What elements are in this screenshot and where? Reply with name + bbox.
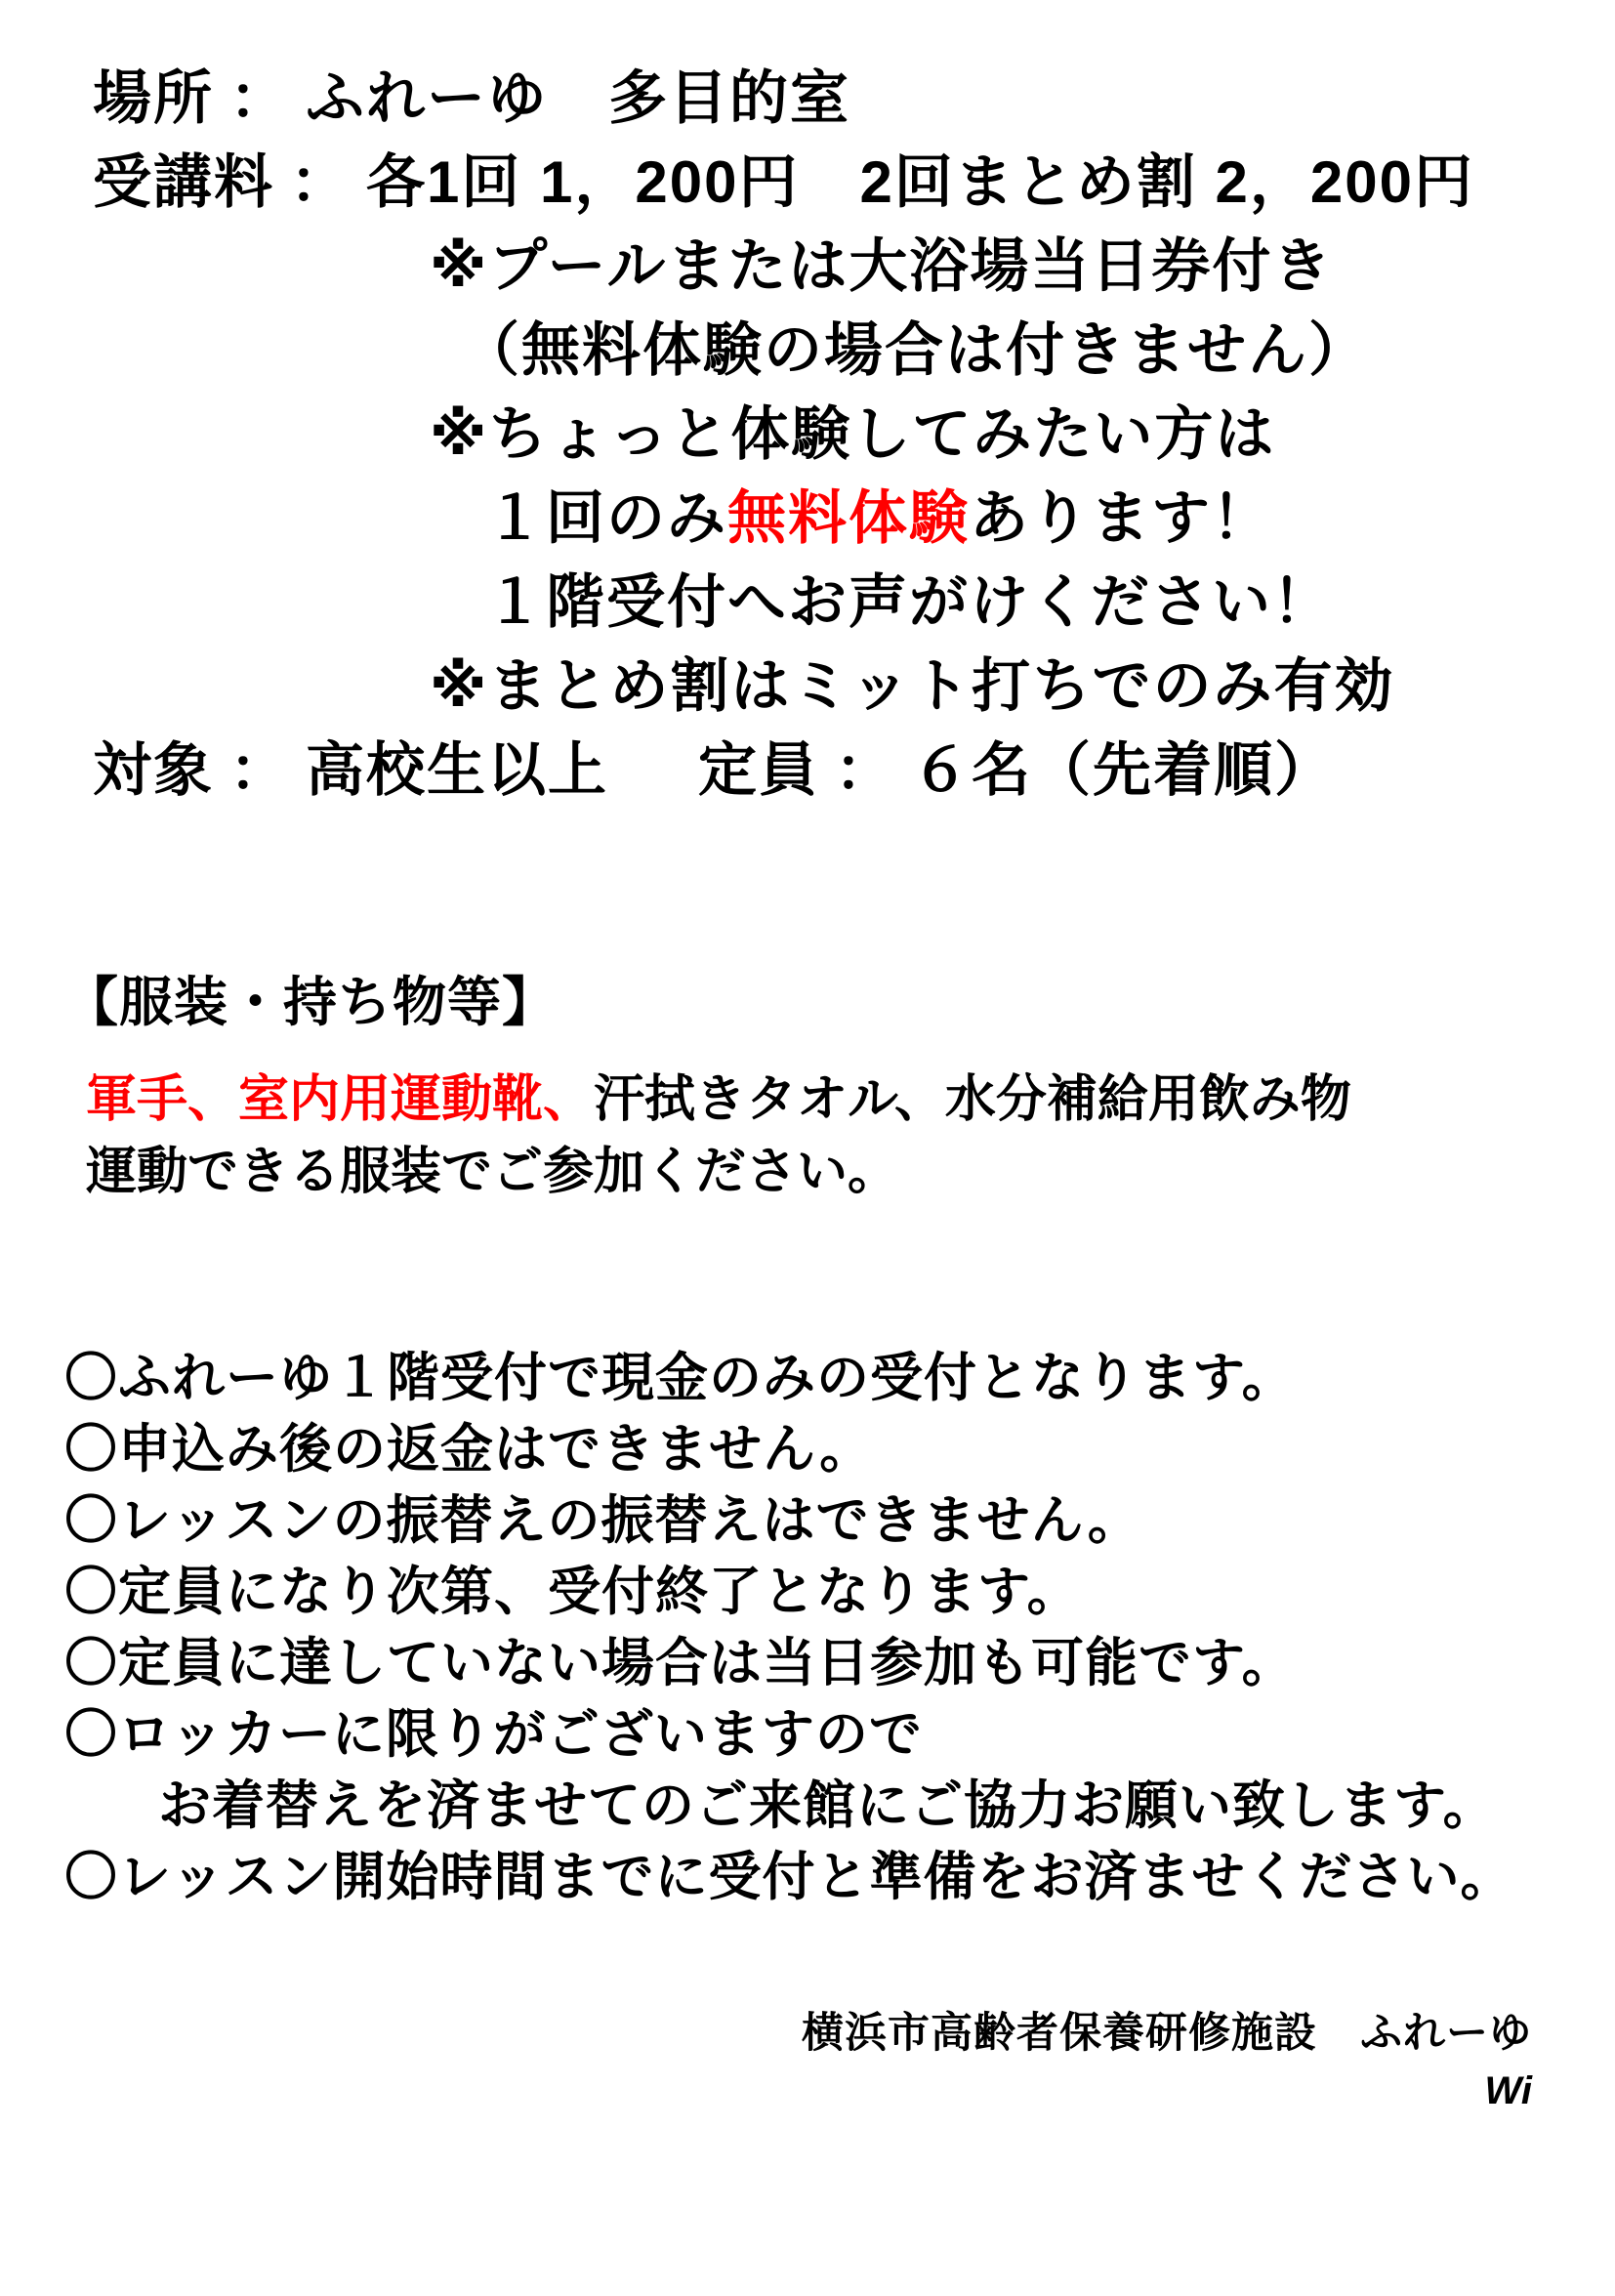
footer: 横浜市高齢者保養研修施設 ふれーゆ Wi: [802, 2010, 1532, 2111]
rule-capacity-close: 〇定員になり次第、受付終了となります。: [64, 1557, 1588, 1628]
rule-lockers: 〇ロッカーに限りがございますので: [64, 1699, 1588, 1771]
attire-items-rest: 汗拭きタオル、水分補給用飲み物: [594, 1071, 1351, 1128]
rule-no-reschedule: 〇レッスンの振替えの振替えはできません。: [64, 1485, 1588, 1557]
rule-payment: 〇ふれーゆ１階受付で現金のみの受付となります。: [64, 1343, 1588, 1414]
rule-lockers-cont: お着替えを済ませてのご来館にご協力お願い致します。: [64, 1771, 1588, 1842]
pool-ticket-note: ※プールまたは大浴場当日券付き: [430, 225, 1615, 309]
target-value: 高校生以上: [306, 737, 608, 803]
capacity-separator: ：: [835, 729, 895, 813]
attire-note: 運動できる服装でご参加ください。: [86, 1136, 1615, 1208]
location-separator: ：: [229, 57, 290, 141]
rules-section: 〇ふれーゆ１階受付で現金のみの受付となります。 〇申込み後の返金はできません。 …: [64, 1343, 1588, 1913]
attire-heading: 【服装・持ち物等】: [64, 972, 1615, 1032]
organization-name: 横浜市高齢者保養研修施設 ふれーゆ: [802, 2010, 1532, 2057]
rule-same-day: 〇定員に達していない場合は当日参加も可能です。: [64, 1628, 1588, 1699]
target-label: 対象: [93, 737, 214, 803]
signature: Wi: [802, 2070, 1532, 2111]
fee-line: 受講料：各1回 1，200円 2回まとめ割 2，200円: [93, 141, 1615, 225]
location-line: 場所：ふれーゆ 多目的室: [93, 57, 1615, 141]
attire-section: 【服装・持ち物等】 軍手、室内用運動靴、汗拭きタオル、水分補給用飲み物 運動でき…: [0, 972, 1615, 1208]
rule-arrive-early: 〇レッスン開始時間までに受付と準備をお済ませください。: [64, 1842, 1588, 1913]
fee-label: 受講料: [93, 149, 274, 215]
course-info-section: 場所：ふれーゆ 多目的室 受講料：各1回 1，200円 2回まとめ割 2，200…: [0, 57, 1615, 813]
location-value: ふれーゆ 多目的室: [306, 65, 850, 131]
fee-value: 各1回 1，200円 2回まとめ割 2，200円: [366, 149, 1474, 215]
pool-ticket-note-sub: （無料体験の場合は付きません）: [461, 309, 1615, 393]
fee-separator: ：: [290, 141, 351, 225]
attire-items-line: 軍手、室内用運動靴、汗拭きタオル、水分補給用飲み物: [86, 1064, 1615, 1136]
flyer-page: { "colors": { "background": "#ffffff", "…: [0, 0, 1615, 2296]
free-trial-suffix: あります！: [970, 485, 1272, 551]
capacity-label: 定員: [698, 737, 819, 803]
target-capacity-line: 対象：高校生以上定員：６名（先着順）: [93, 729, 1615, 813]
discount-note: ※まとめ割はミット打ちでのみ有効: [430, 645, 1615, 729]
free-trial-line: １回のみ無料体験あります！: [485, 477, 1615, 561]
capacity-group: 定員：６名（先着順）: [698, 729, 1335, 813]
rule-no-refund: 〇申込み後の返金はできません。: [64, 1414, 1588, 1485]
free-trial-highlight: 無料体験: [727, 485, 970, 551]
location-label: 場所: [93, 65, 214, 131]
free-trial-prefix: １回のみ: [485, 485, 727, 551]
reception-note: １階受付へお声がけください！: [485, 561, 1615, 645]
attire-items-highlight: 軍手、室内用運動靴、: [86, 1071, 594, 1128]
target-separator: ：: [229, 729, 290, 813]
trial-intro-note: ※ちょっと体験してみたい方は: [430, 393, 1615, 477]
capacity-value: ６名（先着順）: [911, 737, 1335, 803]
